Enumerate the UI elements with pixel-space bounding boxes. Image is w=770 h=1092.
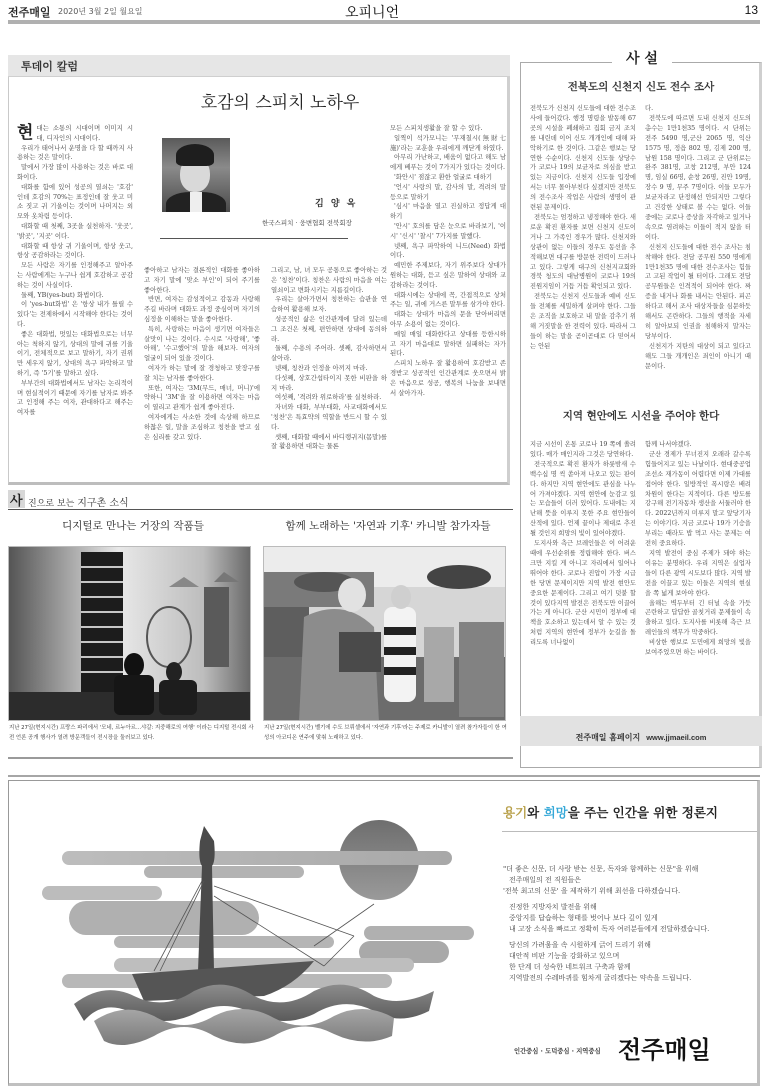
editorial-label: 사 설 [612, 48, 672, 68]
page-number: 13 [745, 3, 758, 17]
article-paragraph: '언시' 사랑의 말, 감사의 말, 격려의 말 등으로 말하기 [390, 183, 506, 203]
author-divider [160, 238, 348, 239]
photo-news-header: 사 진으로 보는 지구촌 소식 [8, 489, 513, 510]
article-paragraph: 우리는 살아가면서 칭찬하는 습관을 연습하여 활용해 보자. [271, 295, 387, 315]
article-paragraph: 이 'yes-but화법' 은 '항상 내가 틀릴 수 있다'는 전제하에서 시… [17, 300, 133, 329]
photo-carnival [263, 546, 506, 721]
issue-date: 2020년 3월 2일 월요일 [58, 6, 143, 17]
editorial-1-col-2: 다.전북도에 따르면 도내 신천지 신도의 총수는 1만1천35 명이다. 시 … [645, 104, 751, 371]
article-paragraph: 지역 발전이 중심 주제가 돼야 하는 이유는 분명하다. 우리 지역은 실업자… [645, 549, 751, 599]
photo-digital-exhibition [8, 546, 251, 721]
photo-1-caption: 지난 27일(현지시간) 프랑스 파리에서 '모네, 르누아르...샤갈: 지중… [9, 723, 257, 743]
article-paragraph: 스피치 노하우 잘 활용하여 호감받고 존경받고 성공적인 인간관계로 웃으면서… [390, 359, 506, 398]
article-paragraph: 둘째, YB(yes-but) 화법이다. [17, 291, 133, 301]
article-paragraph: 모든 사람은 자기를 인정해주고 알아주는 사람에게는 누구나 쉽게 호감하고 … [17, 261, 133, 290]
ad-line: 중앙지를 답습하는 형태를 벗어나 보다 깊이 있게 [509, 913, 753, 924]
pen-lighthouse-ship-illustration [14, 786, 484, 1084]
ad-line: 당신의 가려움을 속 시원하게 긁어 드리기 위해 [509, 940, 753, 951]
article-paragraph: 신천지 신도들에 대한 전수 조사는 침착해야 한다. 전담 공무원 550 명… [645, 243, 751, 342]
article-paragraph: 대화할 때 항상 귀 기울이며, 항상 웃고, 항상 공감하라는 것이다. [17, 242, 133, 262]
column-text-3: 그리고, 남, 녀 모두 공통으로 좋아하는 것은 '칭찬'이다. 칭찬은 사람… [271, 266, 387, 452]
article-paragraph: 우리가 태어나서 운명을 다 할 때까지 사용하는 것은 말이다. [17, 144, 133, 164]
article-paragraph: 신천지가 지탄의 대상이 되고 있다고 해도 그들 개개인은 죄인이 아니기 때… [645, 342, 751, 372]
article-paragraph: 자녀와 대화, 부부대화, 사교대화에서도 '칭찬'은 특효약의 역할을 반드시… [271, 403, 387, 432]
author-name: 김 양 옥 [315, 196, 357, 209]
article-paragraph: '화안시' 점잖고 환한 얼굴로 대하기 [390, 173, 506, 183]
photo-news-header-rest: 지구촌 소식 [77, 498, 128, 509]
photo-2-title: 함께 노래하는 '자연과 기후' 카니발 참가자들 [262, 518, 514, 533]
column-text-1: 현대는 소통의 시대이며 이미지 시대, 디자인의 시대이다. 우리가 태어나서… [17, 124, 133, 418]
article-paragraph: 전국적으로 확진 환자가 하룻밤새 수백수십 명 씩 쏟아져 나오고 있는 판이… [530, 460, 636, 539]
article-paragraph: 특히, 사랑하는 마음이 생기면 여자들은 살맛이 나는 것이다. 수시로 '사… [144, 325, 260, 364]
today-column-tag: 투데이 칼럼 [8, 55, 510, 77]
ad-line: 전주매일의 전 직원들은 [503, 875, 753, 886]
article-paragraph: '안시' 호의를 담은 눈으로 바라보기, '이시' '신시' '찰시' 7가지… [390, 222, 506, 242]
article-paragraph: 또한, 여자는 '3M(무드, 매너, 머니)'에 약하니 '3M'을 잘 이용… [144, 384, 260, 413]
homepage-label: 전주매일 홈페이지 [576, 733, 641, 742]
ad-paragraph-2: 진정한 지방자치 발전을 위해 중앙지를 답습하는 형태를 벗어나 보다 깊이 … [503, 902, 753, 935]
article-paragraph: 전북도에 따르면 도내 신천지 신도의 총수는 1만1천35 명이다. 시 단위… [645, 114, 751, 243]
article-paragraph: 반면, 여자는 감성적이고 감동과 사랑해주길 바라며 대화도 과정 중심이며 … [144, 295, 260, 324]
ad-headline-rest: 을 주는 인간을 위한 정론지 [568, 805, 718, 820]
ad-line: 내 고장 소식을 빠르고 정확히 독자 여러분들에게 전달하겠습니다. [509, 924, 753, 935]
ad-line: 진정한 지방자치 발전을 위해 [509, 902, 753, 913]
ad-headline-connector: 와 [527, 805, 543, 820]
article-paragraph: 도지사와 측근 브레인들은 이 어려운 때에 우선순위를 정립해야 한다. 버스… [530, 539, 636, 648]
ad-slogan: 인간중심 · 도덕중심 · 지역중심 [514, 1046, 601, 1055]
ad-paragraph-1: "더 좋은 신문, 더 사랑 받는 신문, 독자와 함께하는 신문"을 위해 전… [503, 864, 753, 897]
section-title: 오피니언 [345, 2, 399, 22]
today-column-title: 호감의 스피치 노하우 [130, 88, 430, 113]
article-paragraph: 둘째, 수용의 주어라. 셋째, 감사하면서 살아라. [271, 344, 387, 364]
editorial-2-col-2: 함께 나서야겠다.군산 경제가 무너진지 오래라 갈수록 힘들어지고 있는 나날… [645, 440, 751, 658]
editorial-title-2: 지역 현안에도 시선을 주어야 한다 [520, 408, 762, 423]
article-paragraph: 좋은 대화법, 멋있는 대화법으로는 너무 아는 척하지 않기, 상대의 말에 … [17, 330, 133, 379]
article-paragraph: 셋째, 대화할 때에서 바디랭귀지(몸말)를 잘 활용하면 대화는 물론 [271, 433, 387, 453]
masthead-logo: 전주매일 [8, 4, 51, 20]
header-rule [8, 20, 760, 24]
article-paragraph: 아무리 가난하고, 배움이 없다고 해도 남에게 베푸는 것이 7가지가 있다는… [390, 153, 506, 173]
article-paragraph: 여자가 하는 말에 잘 경청하고 맞장구를 잘 치는 남자를 좋아한다. [144, 364, 260, 384]
article-paragraph: 넷째, 칭찬과 인정을 아끼지 마라. [271, 364, 387, 374]
article-paragraph: 군산 경제가 무너진지 오래라 갈수록 힘들어지고 있는 나날이다. 현대중공업… [645, 450, 751, 549]
article-paragraph: 대화할 때 첫째, 3곳을 실천하자. '웃곳', '밝곳', '지곳' 이다. [17, 222, 133, 242]
editorial-title-1: 전북도의 신천지 신도 전수 조사 [520, 79, 762, 94]
article-paragraph: 일찍이 석가모니는 '무재칠시(無財七施)'라는 교훈을 우리에게 깨닫게 하였… [390, 134, 506, 154]
article-paragraph: 매일 매일 대화한다고 상대를 등한시하고 자기 마음대로 말하면 실패하는 자… [390, 330, 506, 359]
ad-headline-courage: 용기 [503, 805, 527, 820]
article-paragraph: '심시' 마음을 열고 진실하고 정답게 대하기 [390, 202, 506, 222]
article-paragraph: 넷째, 욕구 파악하여 니드(Need) 화법이다. [390, 242, 506, 262]
article-paragraph: 대화는 상대가 마음의 문을 닫아버리면 아무 소용이 없는 것이다. [390, 310, 506, 330]
ad-line: '전북 최고의 신문' 을 제작하기 위해 최선을 다하겠습니다. [503, 886, 753, 897]
article-paragraph: 여섯째, '격려와 위로하라'를 실천하라. [271, 393, 387, 403]
author-photo [162, 138, 230, 212]
ad-line: 지역발전의 수레바퀴를 힘차게 굴리겠다는 약속을 드립니다. [509, 973, 753, 984]
column-text-4: 모든 스피치생활을 잘 할 수 있다.일찍이 석가모니는 '무재칠시(無財七施)… [390, 124, 506, 398]
ad-body: "더 좋은 신문, 더 사랑 받는 신문, 독자와 함께하는 신문"을 위해 전… [503, 864, 753, 989]
ad-headline: 용기와 희망을 주는 인간을 위한 정론지 [503, 803, 718, 821]
article-paragraph: 비상한 행보로 도민에게 희망의 빛을 보여주었으면 하는 바이다. [645, 638, 751, 658]
dropcap: 현 [17, 125, 33, 142]
editorial-1-col-1: 전북도가 신천지 신도들에 대한 전수조사에 들어갔다. 행정 명령을 발동해 … [530, 104, 636, 352]
homepage-banner[interactable]: 전주매일 홈페이지www.jjmaeil.com [520, 716, 762, 746]
ad-newspaper-logo: 전주매일 [618, 1030, 711, 1065]
photo-news-initial: 사 [8, 490, 25, 508]
today-column-label: 투데이 칼럼 [21, 58, 78, 74]
photo-news-rule [8, 757, 513, 759]
article-paragraph: 대화시에는 상대에 꼭, 간접적으로 상처 주는 일, 귀에 거스른 말투를 삼… [390, 291, 506, 311]
article-paragraph: 전북도는 신천지 신도들과 예비 신도들 전체를 세밀하게 살펴야 한다. 그들… [530, 292, 636, 351]
editorial-2-col-1: 지금 시선이 온통 코로나 19 쪽에 쏠려 있다. 매가 매인지라 그것은 당… [530, 440, 636, 648]
ad-paragraph-3: 당신의 가려움을 속 시원하게 긁어 드리기 위해 대안적 비판 기능을 강화하… [503, 940, 753, 984]
photo-1-title: 디지털로 만나는 거장의 작품들 [8, 518, 258, 533]
photo-news-header-small: 진으로 보는 [28, 499, 74, 509]
photo-2-caption: 지난 27일(현지시간) 벨기에 수도 브뤼셀에서 '자연과 기후'라는 주제로… [264, 723, 512, 743]
article-paragraph: 전북도는 엄정하고 냉정해야 한다. 새로운 확진 환자를 보면 신천지 신도이… [530, 213, 636, 292]
article-paragraph: 다섯째, 상호간섭타이지 못한 비판을 하지 마라. [271, 374, 387, 394]
article-paragraph: 대화를 함에 있어 성공의 열쇠는 '호감' 인데 호감의 70%는 표정인데 … [17, 183, 133, 222]
column-text-2: 좋아하고 남자는 결론적인 대화를 좋아하고 자기 말에 '맞소 부인'이 되어… [144, 266, 260, 442]
homepage-url-link[interactable]: www.jjmaeil.com [646, 733, 706, 742]
section-divider [8, 775, 760, 777]
author-title: 한국스피치 · 웅변협회 전북회장 [262, 218, 352, 227]
article-paragraph: 여자에게는 사소한 것에 속상해 하므로 하찮은 일, 말을 조심하고 칭찬을 … [144, 413, 260, 442]
article-paragraph: 성공적인 삶은 인간관계에 달려 있는데 그 조건은 첫째, 편안하면 상대에 … [271, 315, 387, 344]
article-paragraph: 말에서 가장 많이 사용하는 것은 바로 대화이다. [17, 163, 133, 183]
ad-line: 대안적 비판 기능을 강화하고 있으며 [509, 951, 753, 962]
article-paragraph: 예민한 주제보다, 자기 위주보다 상대가 원하는 대화, 듣고 싶은 말하여 … [390, 261, 506, 290]
ad-line: "더 좋은 신문, 더 사랑 받는 신문, 독자와 함께하는 신문"을 위해 [503, 864, 753, 875]
ad-headline-rule [502, 831, 757, 832]
article-paragraph: 부부간의 대화법에서도 남자는 논리적이며 현실적이기 때문에 자기를 남자로 … [17, 379, 133, 418]
article-paragraph: 올해는 벽두부터 긴 터널 속을 가듯 곤란하고 답답한 골칫거리 문제들이 속… [645, 599, 751, 639]
ad-headline-hope: 희망 [544, 805, 568, 820]
ad-line: 한 단계 더 성숙한 네트워크 구축과 함께 [509, 962, 753, 973]
